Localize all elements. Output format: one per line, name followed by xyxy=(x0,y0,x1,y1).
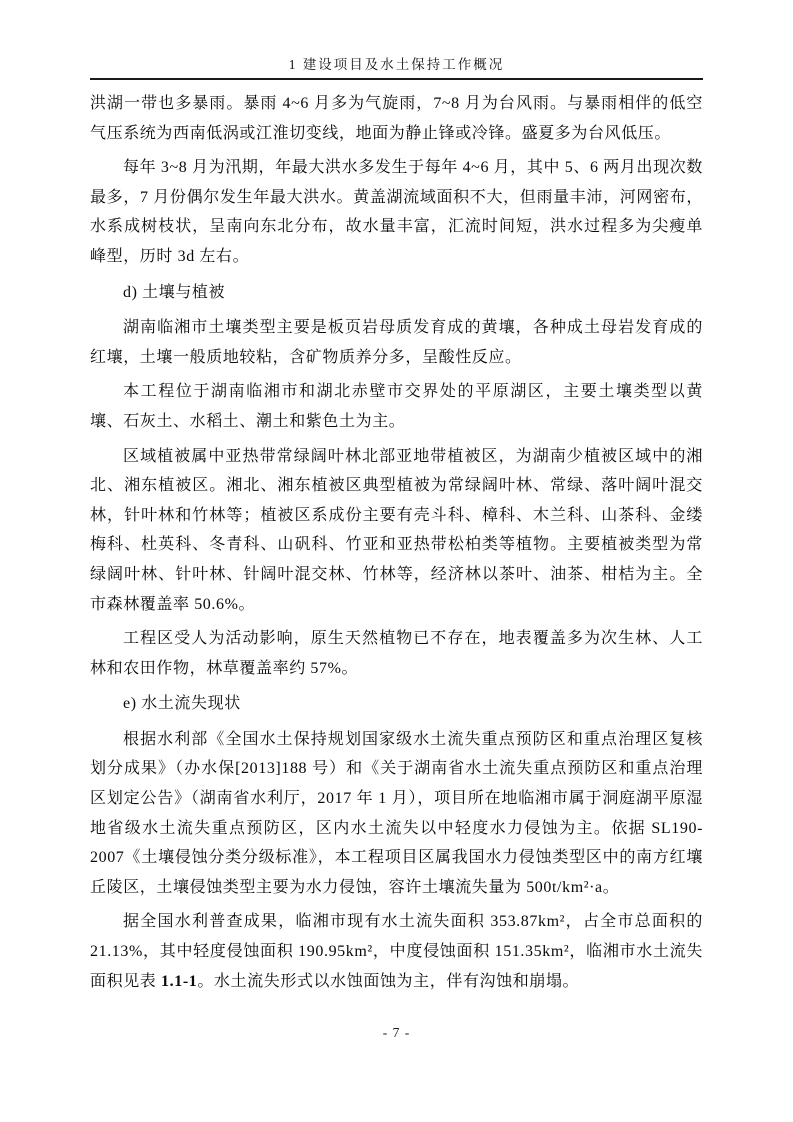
header-rule xyxy=(90,78,703,80)
running-header-title: 1 建设项目及水土保持工作概况 xyxy=(90,56,703,73)
table-reference-1-1-1: 1.1-1 xyxy=(161,973,197,990)
paragraph-flood-season: 每年 3~8 月为汛期，年最大洪水多发生于每年 4~6 月，其中 5、6 两月出… xyxy=(90,153,703,271)
heading-soil-and-vegetation: d) 土壤与植被 xyxy=(90,278,703,308)
paragraph-rainfall-continuation: 洪湖一带也多暴雨。暴雨 4~6 月多为气旋雨，7~8 月为台风雨。与暴雨相伴的低… xyxy=(90,89,703,148)
paragraph-ground-cover: 工程区受人为活动影响，原生天然植物已不存在，地表覆盖多为次生林、人工林和农田作物… xyxy=(90,624,703,683)
page-header: 1 建设项目及水土保持工作概况 xyxy=(90,56,703,88)
page-number: - 7 - xyxy=(383,1025,411,1040)
page-footer: - 7 - xyxy=(0,1024,793,1042)
heading-soil-erosion-status: e) 水土流失现状 xyxy=(90,689,703,719)
paragraph-soil-types: 湖南临湘市土壤类型主要是板页岩母质发育成的黄壤，各种成土母岩发育成的红壤，土壤一… xyxy=(90,313,703,372)
paragraph-erosion-area-text-after: 。水土流失形式以水蚀面蚀为主，伴有沟蚀和崩塌。 xyxy=(197,973,579,990)
paragraph-regional-vegetation: 区域植被属中亚热带常绿阔叶林北部亚地带植被区，为湖南少植被区域中的湘北、湘东植被… xyxy=(90,442,703,620)
paragraph-project-location-soil: 本工程位于湖南临湘市和湖北赤壁市交界处的平原湖区，主要土壤类型以黄壤、石灰土、水… xyxy=(90,377,703,436)
document-page: 1 建设项目及水土保持工作概况 洪湖一带也多暴雨。暴雨 4~6 月多为气旋雨，7… xyxy=(0,0,793,1122)
document-body: 洪湖一带也多暴雨。暴雨 4~6 月多为气旋雨，7~8 月为台风雨。与暴雨相伴的低… xyxy=(90,89,703,1001)
paragraph-erosion-area: 据全国水利普查成果，临湘市现有水土流失面积 353.87km²，占全市总面积的 … xyxy=(90,907,703,996)
paragraph-erosion-zoning: 根据水利部《全国水土保持规划国家级水土流失重点预防区和重点治理区复核划分成果》（… xyxy=(90,725,703,903)
